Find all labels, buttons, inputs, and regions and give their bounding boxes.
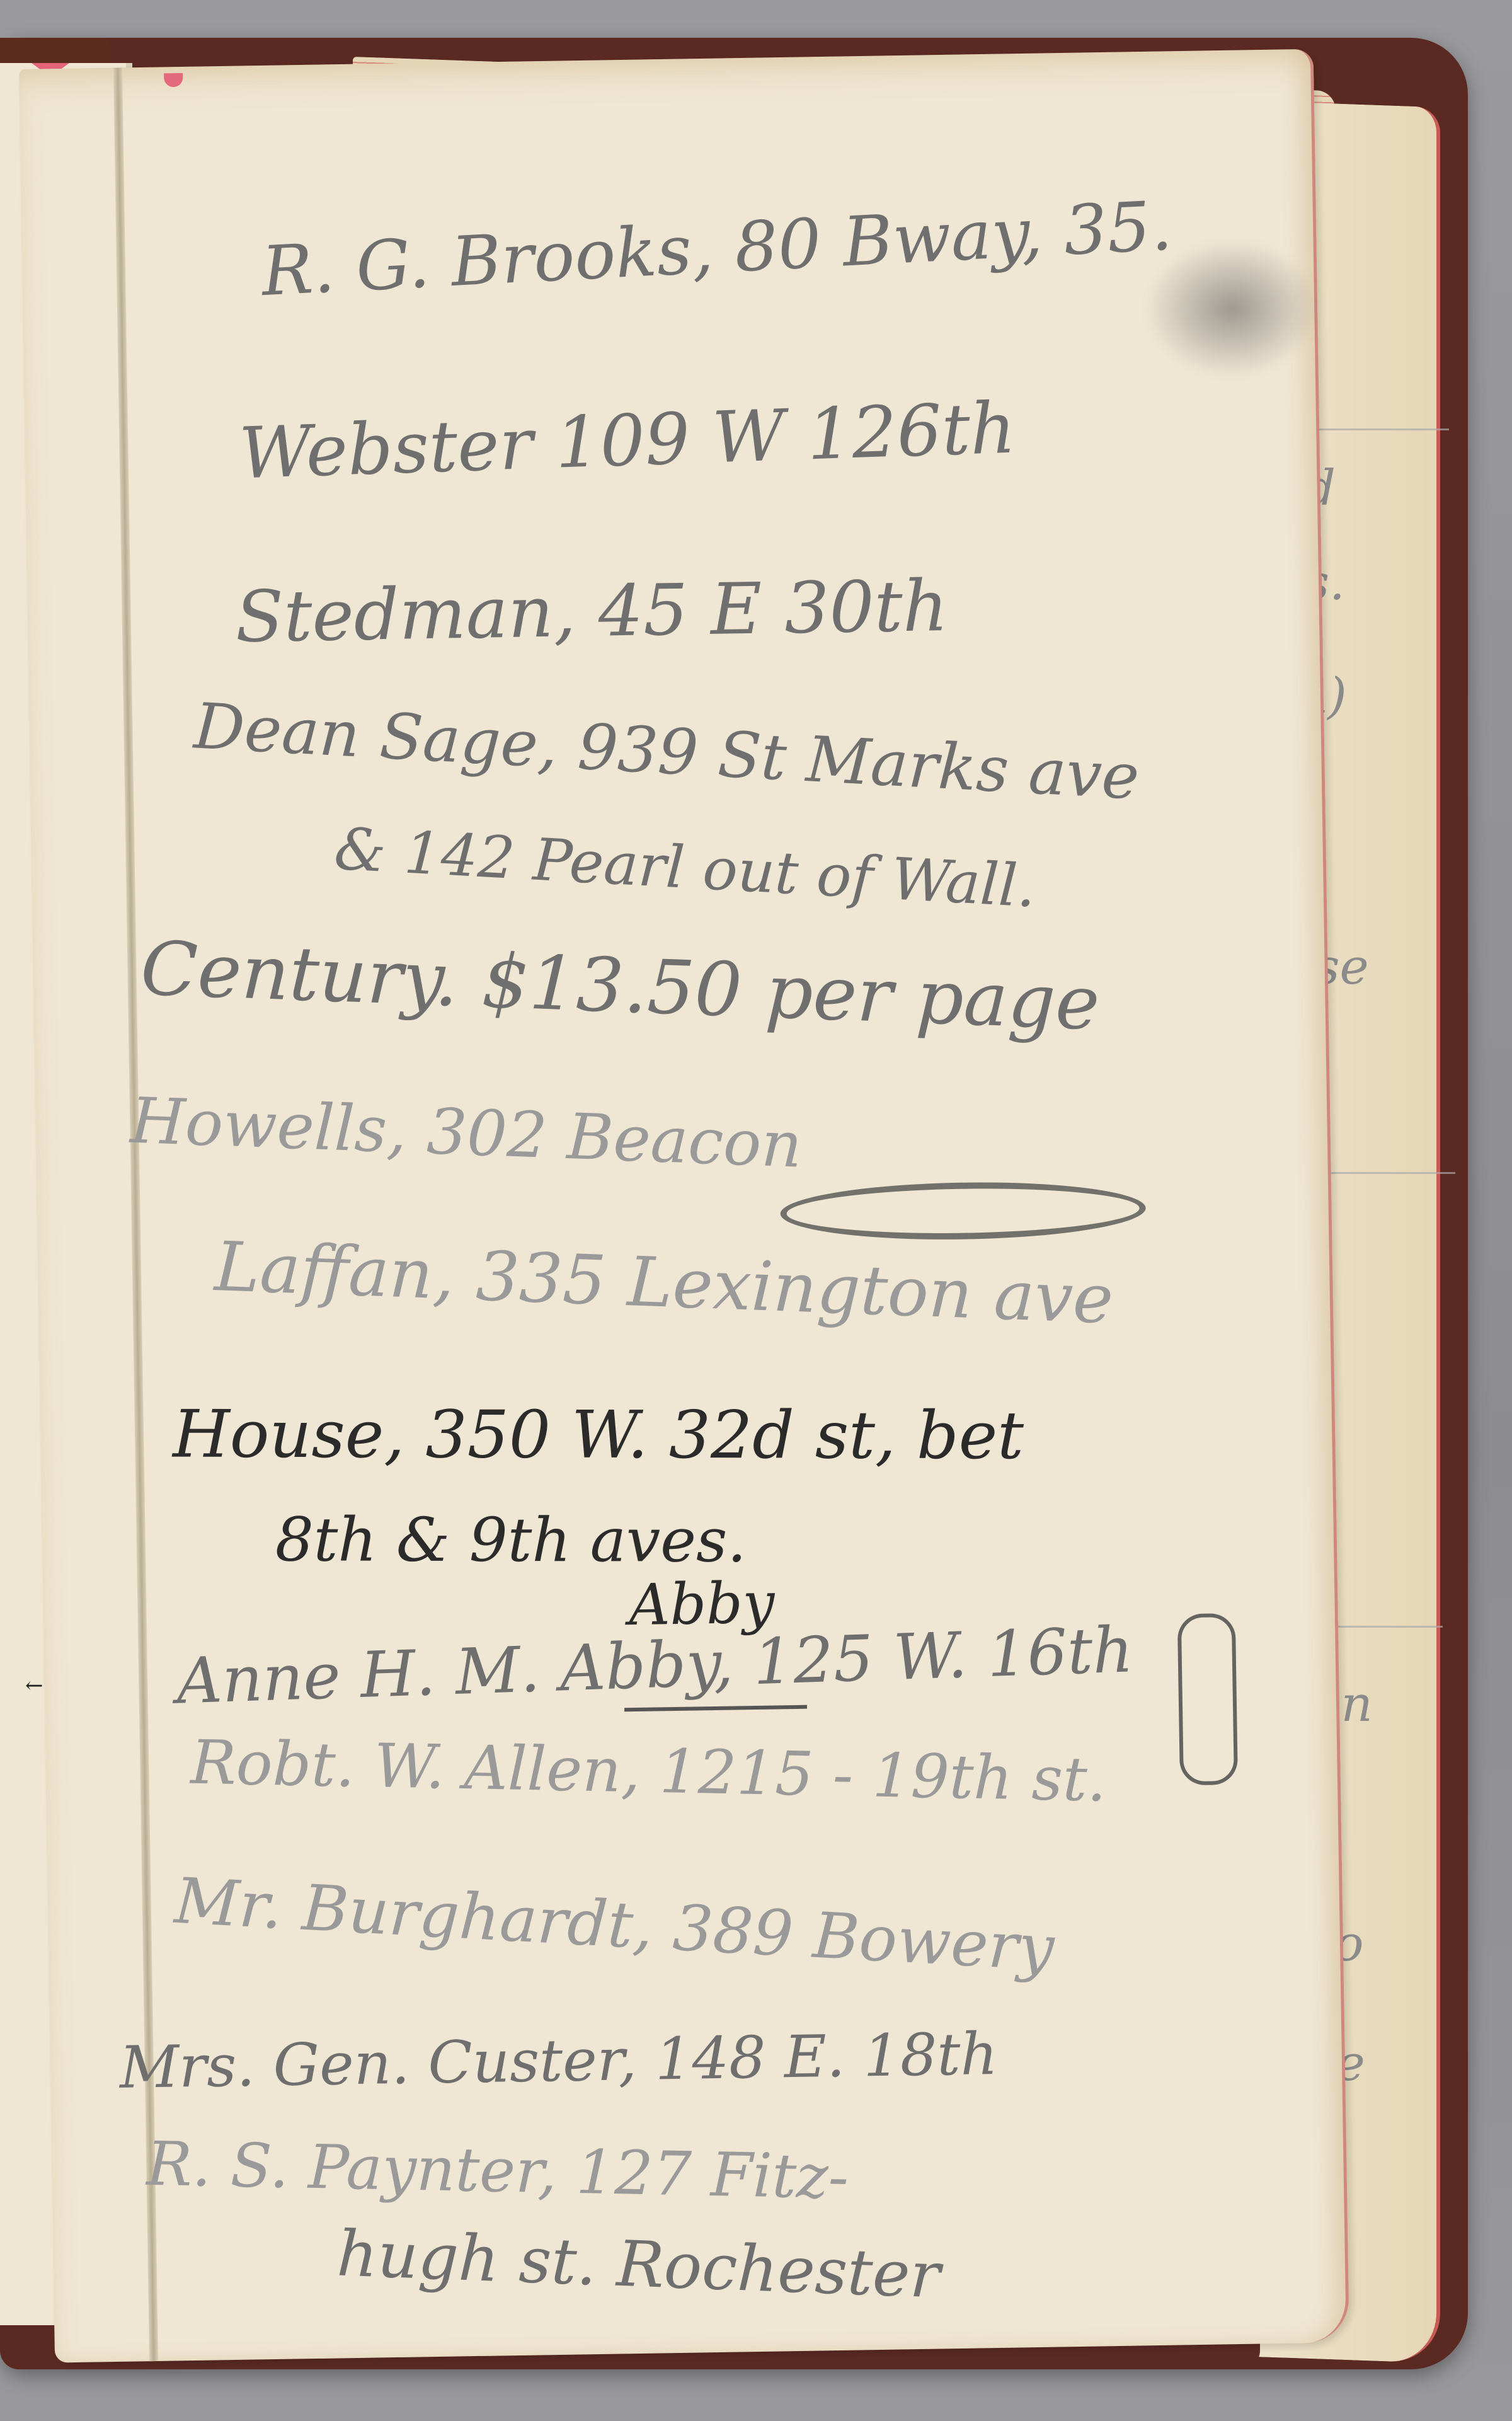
entry-dean-sage-cont: & 142 Pearl out of Wall. xyxy=(333,815,1038,920)
entry-howells: Howells, 302 Beacon xyxy=(129,1084,803,1182)
entry-house: House, 350 W. 32d st, bet xyxy=(173,1396,1024,1474)
entry-century: Century. $13.50 per page xyxy=(139,924,1101,1047)
entry-dean-sage: Dean Sage, 939 St Marks ave xyxy=(192,689,1141,814)
entry-paynter-cont: hugh st. Rochester xyxy=(336,2216,941,2312)
entry-house-cont: 8th & 9th aves. xyxy=(275,1504,747,1575)
notebook-page: R. G. Brooks, 80 Bway, 35. Webster 109 W… xyxy=(19,49,1349,2363)
red-edge-mark xyxy=(164,73,183,87)
entry-burghardt: Mr. Burghardt, 389 Bowery xyxy=(173,1864,1056,1985)
underlying-rule xyxy=(1298,428,1449,430)
entry-paynter: R. S. Paynter, 127 Fitz- xyxy=(146,2129,849,2212)
entry-stedman: Stedman, 45 E 30th xyxy=(235,565,949,658)
entry-custer: Mrs. Gen. Custer, 148 E. 18th xyxy=(119,2020,998,2102)
entry-brooks: R. G. Brooks, 80 Bway, 35. xyxy=(260,187,1174,311)
entry-laffan: Laffan, 335 Lexington ave xyxy=(214,1228,1115,1339)
strike-scribble xyxy=(780,1180,1146,1242)
strike-line xyxy=(624,1705,807,1712)
entry-webster: Webster 109 W 126th xyxy=(238,387,1017,495)
entry-allen: Robt. W. Allen, 1215 - 19th st. xyxy=(190,1727,1108,1815)
page-gutter xyxy=(113,67,158,2361)
margin-arrow-icon: ← xyxy=(25,1673,43,1698)
entry-anne-abby: Anne H. M. Abby, 125 W. 16th xyxy=(175,1613,1134,1718)
bracket-mark xyxy=(1177,1613,1238,1785)
